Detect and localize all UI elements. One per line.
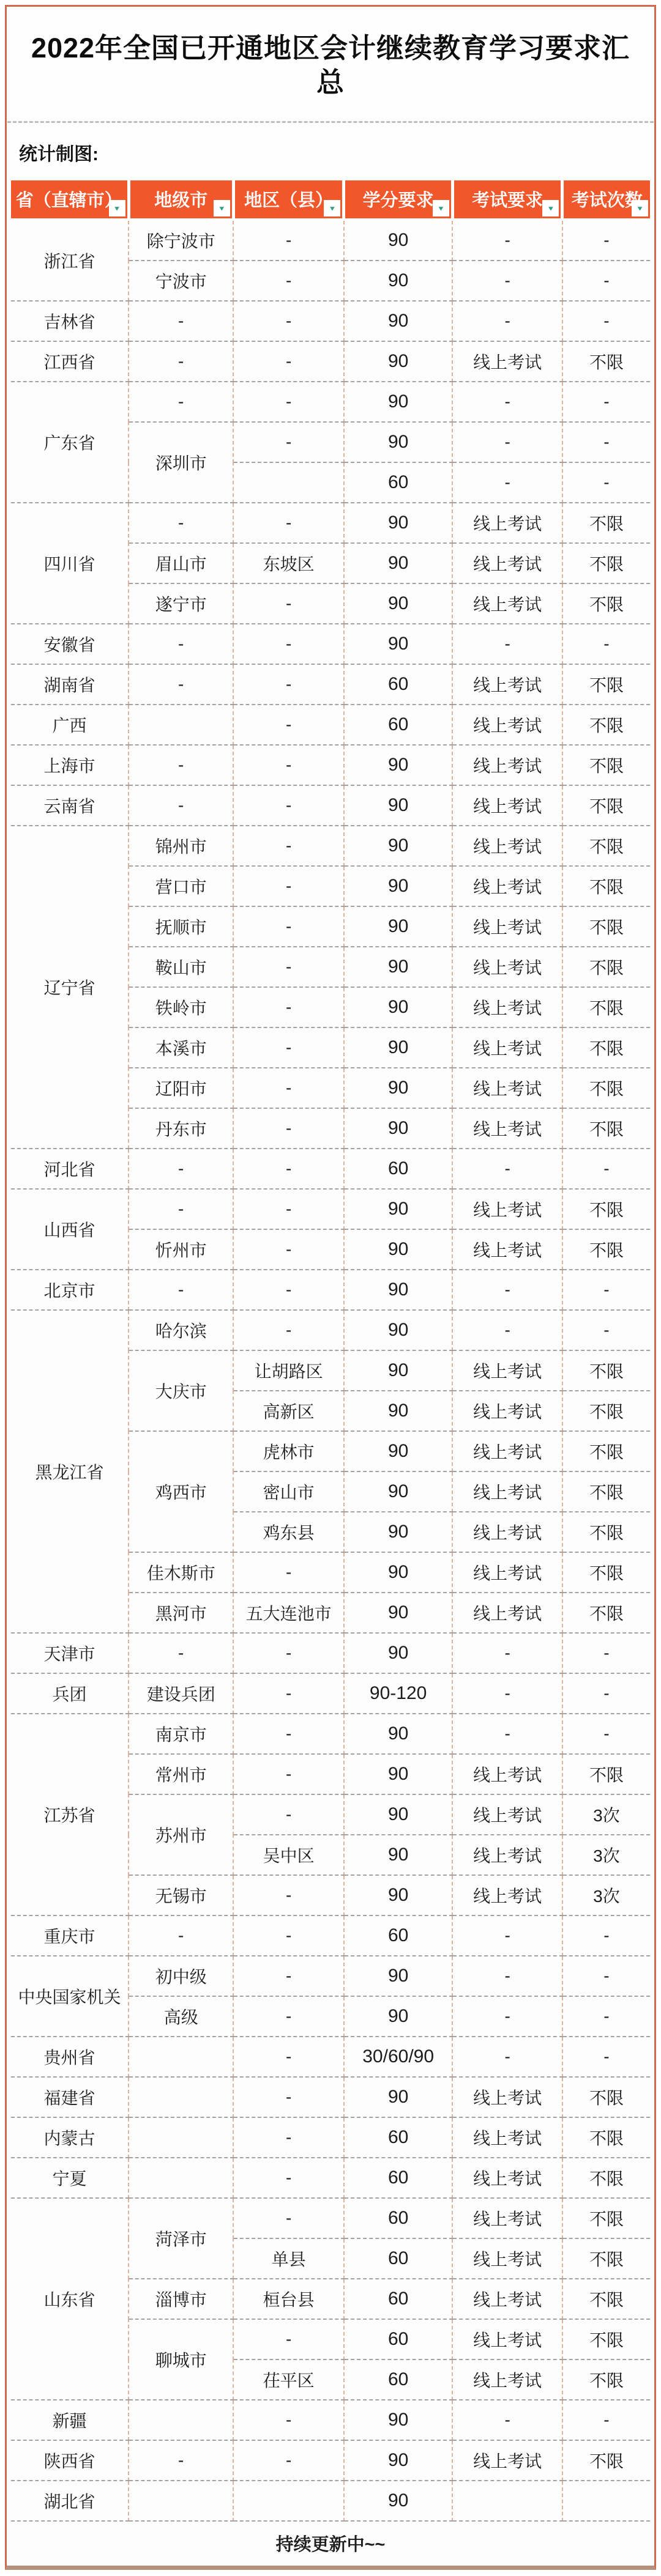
cell-credits: 90 (344, 1875, 452, 1915)
table-row: 浙江省除宁波市-90-- (11, 220, 650, 261)
cell-exam_count: - (562, 1633, 650, 1673)
cell-credits: 60 (344, 2117, 452, 2158)
cell-district: - (233, 664, 344, 705)
cell-province: 新疆 (11, 2400, 129, 2440)
table-row: 广东省--90-- (11, 382, 650, 422)
cell-exam_count: - (562, 1149, 650, 1189)
cell-credits: 90 (344, 2440, 452, 2481)
cell-credits: 90 (344, 2077, 452, 2117)
table-row: 云南省--90线上考试不限 (11, 785, 650, 826)
chevron-down-icon: ▼ (437, 204, 445, 211)
cell-exam_requirement: 线上考试 (452, 1754, 562, 1794)
table-row: 黑龙江省哈尔滨-90-- (11, 1310, 650, 1350)
cell-district: - (233, 705, 344, 745)
cell-district: - (233, 261, 344, 301)
cell-exam_requirement: 线上考试 (452, 947, 562, 987)
cell-city: - (129, 1633, 233, 1673)
cell-exam_requirement: 线上考试 (452, 1027, 562, 1068)
cell-province: 江西省 (11, 341, 129, 382)
column-header-exam_count[interactable]: 考试次数▼ (562, 180, 650, 220)
cell-province: 云南省 (11, 785, 129, 826)
column-header-province[interactable]: 省（直辖市）▼ (11, 180, 129, 220)
table-row: 宁夏-60线上考试不限 (11, 2158, 650, 2198)
cell-district: - (233, 2037, 344, 2077)
cell-exam_requirement: 线上考试 (452, 664, 562, 705)
cell-city: 建设兵团 (129, 1673, 233, 1714)
cell-exam_count: 不限 (562, 1552, 650, 1593)
cell-exam_count: 不限 (562, 1108, 650, 1149)
cell-province: 山东省 (11, 2198, 129, 2400)
cell-city: - (129, 301, 233, 341)
cell-district: - (233, 866, 344, 906)
cell-district: 东坡区 (233, 543, 344, 583)
column-header-exam_requirement[interactable]: 考试要求▼ (452, 180, 562, 220)
page-title: 2022年全国已开通地区会计继续教育学习要求汇总 (7, 7, 654, 121)
cell-city: 常州市 (129, 1754, 233, 1794)
cell-city: 辽阳市 (129, 1068, 233, 1108)
cell-exam_count: 不限 (562, 906, 650, 947)
cell-exam_requirement: - (452, 422, 562, 462)
cell-exam_count: 不限 (562, 1754, 650, 1794)
cell-exam_count: 3次 (562, 1875, 650, 1915)
table-row: 吉林省--90-- (11, 301, 650, 341)
cell-exam_count: 不限 (562, 826, 650, 866)
cell-exam_requirement: 线上考试 (452, 1593, 562, 1633)
cell-district: - (233, 947, 344, 987)
cell-exam_requirement: 线上考试 (452, 866, 562, 906)
cell-exam_count: 不限 (562, 1229, 650, 1270)
cell-province: 湖北省 (11, 2481, 129, 2521)
cell-city: - (129, 1915, 233, 1956)
cell-exam_requirement: 线上考试 (452, 2279, 562, 2319)
cell-exam_requirement: 线上考试 (452, 543, 562, 583)
cell-exam_count: 不限 (562, 2077, 650, 2117)
cell-exam_count: 不限 (562, 705, 650, 745)
cell-credits: 90 (344, 1996, 452, 2037)
cell-exam_requirement: 线上考试 (452, 1835, 562, 1875)
cell-exam_requirement (452, 2481, 562, 2521)
byline-label: 统计制图: (19, 139, 654, 166)
cell-credits: 60 (344, 2238, 452, 2279)
cell-city: - (129, 341, 233, 382)
cell-district: - (233, 906, 344, 947)
cell-exam_requirement: - (452, 1996, 562, 2037)
cell-exam_count: 不限 (562, 987, 650, 1027)
cell-district: - (233, 583, 344, 624)
cell-city: 营口市 (129, 866, 233, 906)
cell-exam_requirement: 线上考试 (452, 1794, 562, 1835)
cell-exam_requirement: - (452, 2400, 562, 2440)
cell-exam_count: - (562, 624, 650, 664)
cell-credits: 90 (344, 1512, 452, 1552)
cell-city (129, 2077, 233, 2117)
cell-province: 贵州省 (11, 2037, 129, 2077)
cell-province: 山西省 (11, 1189, 129, 1270)
cell-city: 本溪市 (129, 1027, 233, 1068)
cell-exam_count: 不限 (562, 341, 650, 382)
cell-city: 铁岭市 (129, 987, 233, 1027)
footer-note: 持续更新中~~ (11, 2521, 650, 2566)
cell-exam_requirement: 线上考试 (452, 1875, 562, 1915)
cell-city: - (129, 2440, 233, 2481)
cell-exam_requirement: - (452, 220, 562, 261)
table-row: 新疆-90-- (11, 2400, 650, 2440)
cell-province: 辽宁省 (11, 826, 129, 1149)
cell-exam_requirement: 线上考试 (452, 583, 562, 624)
cell-city: 高级 (129, 1996, 233, 2037)
cell-city: - (129, 382, 233, 422)
cell-city: 黑河市 (129, 1593, 233, 1633)
table-row: 陕西省--90线上考试不限 (11, 2440, 650, 2481)
cell-city: 苏州市 (129, 1794, 233, 1875)
cell-city: - (129, 1270, 233, 1310)
cell-province: 中央国家机关 (11, 1956, 129, 2037)
cell-district (233, 2481, 344, 2521)
cell-district: - (233, 301, 344, 341)
table-row: 河北省--60-- (11, 1149, 650, 1189)
cell-province: 湖南省 (11, 664, 129, 705)
cell-exam_requirement: 线上考试 (452, 2440, 562, 2481)
column-header-credits[interactable]: 学分要求▼ (344, 180, 452, 220)
cell-district: - (233, 785, 344, 826)
cell-exam_count: 不限 (562, 1431, 650, 1471)
cell-exam_count: - (562, 2037, 650, 2077)
cell-exam_count: - (562, 1996, 650, 2037)
cell-district: - (233, 826, 344, 866)
cell-credits: 60 (344, 664, 452, 705)
cell-credits: 90 (344, 1310, 452, 1350)
cell-exam_requirement: - (452, 2037, 562, 2077)
cell-province: 安徽省 (11, 624, 129, 664)
column-header-label: 学分要求 (363, 191, 434, 210)
cell-city (129, 705, 233, 745)
cell-district: - (233, 624, 344, 664)
cell-credits: 60 (344, 2359, 452, 2400)
cell-province: 浙江省 (11, 220, 129, 301)
cell-exam_count: 不限 (562, 2117, 650, 2158)
cell-credits: 90 (344, 745, 452, 785)
cell-province: 江苏省 (11, 1714, 129, 1915)
column-header-label: 省（直辖市） (16, 191, 122, 210)
cell-exam_count: - (562, 1673, 650, 1714)
cell-city: 无锡市 (129, 1875, 233, 1915)
cell-district: - (233, 1027, 344, 1068)
cell-exam_count: - (562, 1714, 650, 1754)
table-row: 北京市--90-- (11, 1270, 650, 1310)
cell-city: - (129, 624, 233, 664)
cell-exam_count: 不限 (562, 1512, 650, 1552)
cell-district: - (233, 2400, 344, 2440)
cell-exam_count: 3次 (562, 1835, 650, 1875)
cell-district: 单县 (233, 2238, 344, 2279)
cell-city (129, 2037, 233, 2077)
cell-exam_requirement: 线上考试 (452, 2319, 562, 2359)
cell-exam_count: - (562, 1915, 650, 1956)
cell-exam_count: 不限 (562, 2359, 650, 2400)
cell-credits: 90 (344, 947, 452, 987)
table-row: 天津市--90-- (11, 1633, 650, 1673)
cell-credits: 90 (344, 1633, 452, 1673)
cell-exam_count: 不限 (562, 1350, 650, 1391)
cell-province: 广东省 (11, 382, 129, 503)
cell-credits: 90 (344, 1391, 452, 1431)
cell-district: 五大连池市 (233, 1593, 344, 1633)
cell-exam_requirement: 线上考试 (452, 1229, 562, 1270)
cell-credits: 90 (344, 987, 452, 1027)
table-row: 四川省--90线上考试不限 (11, 503, 650, 543)
cell-credits: 90 (344, 1956, 452, 1996)
cell-exam_count (562, 2481, 650, 2521)
cell-exam_count: 不限 (562, 664, 650, 705)
cell-district: - (233, 220, 344, 261)
cell-credits: 90-120 (344, 1673, 452, 1714)
cell-credits: 90 (344, 1270, 452, 1310)
cell-city (129, 2158, 233, 2198)
cell-exam_count: 不限 (562, 2238, 650, 2279)
cell-exam_count: - (562, 1956, 650, 1996)
cell-exam_count: 不限 (562, 1391, 650, 1431)
cell-city: 南京市 (129, 1714, 233, 1754)
cell-credits: 90 (344, 1794, 452, 1835)
requirements-table: 省（直辖市）▼地级市▼地区（县）▼学分要求▼考试要求▼考试次数▼ 浙江省除宁波市… (11, 180, 650, 2566)
cell-credits: 90 (344, 624, 452, 664)
cell-exam_count: 不限 (562, 1593, 650, 1633)
cell-exam_count: 不限 (562, 866, 650, 906)
column-header-city[interactable]: 地级市▼ (129, 180, 233, 220)
cell-province: 黑龙江省 (11, 1310, 129, 1633)
cell-exam_count: 3次 (562, 1794, 650, 1835)
cell-city: 哈尔滨 (129, 1310, 233, 1350)
cell-exam_requirement: 线上考试 (452, 2117, 562, 2158)
header-row: 省（直辖市）▼地级市▼地区（县）▼学分要求▼考试要求▼考试次数▼ (11, 180, 650, 220)
cell-district: - (233, 1149, 344, 1189)
cell-district: 桓台县 (233, 2279, 344, 2319)
cell-province: 广西 (11, 705, 129, 745)
cell-credits: 90 (344, 1714, 452, 1754)
cell-exam_count: 不限 (562, 947, 650, 987)
cell-province: 吉林省 (11, 301, 129, 341)
cell-exam_requirement: 线上考试 (452, 2158, 562, 2198)
cell-province: 上海市 (11, 745, 129, 785)
cell-exam_count: 不限 (562, 2319, 650, 2359)
cell-credits: 30/60/90 (344, 2037, 452, 2077)
cell-city: 佳木斯市 (129, 1552, 233, 1593)
cell-city: - (129, 664, 233, 705)
table-row: 重庆市--60-- (11, 1915, 650, 1956)
cell-exam_count: - (562, 261, 650, 301)
cell-exam_requirement: 线上考试 (452, 785, 562, 826)
chevron-down-icon: ▼ (113, 204, 121, 211)
cell-exam_requirement: - (452, 462, 562, 503)
filter-dropdown-icon[interactable]: ▼ (632, 200, 648, 217)
column-header-label: 地区（县） (244, 191, 333, 210)
cell-exam_count: 不限 (562, 785, 650, 826)
cell-credits: 90 (344, 1552, 452, 1593)
cell-province: 兵团 (11, 1673, 129, 1714)
cell-district: - (233, 1714, 344, 1754)
table-row: 江西省--90线上考试不限 (11, 341, 650, 382)
cell-district: - (233, 422, 344, 462)
filter-dropdown-icon[interactable]: ▼ (109, 200, 125, 217)
cell-exam_count: 不限 (562, 503, 650, 543)
cell-credits: 90 (344, 1229, 452, 1270)
cell-city (129, 2117, 233, 2158)
cell-province: 北京市 (11, 1270, 129, 1310)
cell-exam_requirement: 线上考试 (452, 2359, 562, 2400)
cell-exam_requirement: 线上考试 (452, 1431, 562, 1471)
chevron-down-icon: ▼ (328, 204, 336, 211)
cell-credits: 90 (344, 422, 452, 462)
table-row: 上海市--90线上考试不限 (11, 745, 650, 785)
cell-district: 让胡路区 (233, 1350, 344, 1391)
cell-credits: 60 (344, 2319, 452, 2359)
cell-exam_requirement: - (452, 1915, 562, 1956)
cell-exam_requirement: - (452, 1956, 562, 1996)
cell-district: - (233, 1794, 344, 1835)
cell-district: - (233, 2158, 344, 2198)
cell-district: - (233, 1956, 344, 1996)
cell-district: 高新区 (233, 1391, 344, 1431)
table-row: 贵州省-30/60/90-- (11, 2037, 650, 2077)
cell-exam_requirement: - (452, 1714, 562, 1754)
cell-exam_requirement: 线上考试 (452, 2077, 562, 2117)
cell-credits: 90 (344, 2481, 452, 2521)
chevron-down-icon: ▼ (636, 204, 644, 211)
cell-district: - (233, 1552, 344, 1593)
cell-district: - (233, 1996, 344, 2037)
cell-city: 聊城市 (129, 2319, 233, 2400)
cell-city (129, 2481, 233, 2521)
cell-city: - (129, 1189, 233, 1229)
cell-credits: 90 (344, 220, 452, 261)
cell-credits: 60 (344, 2198, 452, 2238)
cell-province: 陕西省 (11, 2440, 129, 2481)
chevron-down-icon: ▼ (547, 204, 555, 211)
cell-exam_requirement: 线上考试 (452, 705, 562, 745)
cell-credits: 60 (344, 2279, 452, 2319)
chevron-down-icon: ▼ (218, 204, 226, 211)
cell-exam_requirement: 线上考试 (452, 906, 562, 947)
cell-province: 天津市 (11, 1633, 129, 1673)
cell-credits: 90 (344, 1350, 452, 1391)
cell-credits: 90 (344, 382, 452, 422)
cell-exam_requirement: 线上考试 (452, 1108, 562, 1149)
cell-province: 宁夏 (11, 2158, 129, 2198)
cell-city: 菏泽市 (129, 2198, 233, 2279)
cell-exam_requirement: 线上考试 (452, 1350, 562, 1391)
cell-district: - (233, 2117, 344, 2158)
cell-city: - (129, 745, 233, 785)
filter-dropdown-icon[interactable]: ▼ (214, 200, 230, 217)
cell-exam_requirement: 线上考试 (452, 1552, 562, 1593)
cell-exam_requirement: - (452, 624, 562, 664)
cell-district: - (233, 2319, 344, 2359)
cell-exam_count: 不限 (562, 745, 650, 785)
cell-district: - (233, 1310, 344, 1350)
table-row: 辽宁省锦州市-90线上考试不限 (11, 826, 650, 866)
cell-exam_requirement: 线上考试 (452, 745, 562, 785)
cell-city: 宁波市 (129, 261, 233, 301)
cell-district: - (233, 2440, 344, 2481)
cell-exam_requirement: - (452, 1149, 562, 1189)
cell-credits: 90 (344, 1754, 452, 1794)
cell-credits: 90 (344, 503, 452, 543)
column-header-label: 考试要求 (472, 191, 543, 210)
table-body: 浙江省除宁波市-90--宁波市-90--吉林省--90--江西省--90线上考试… (11, 220, 650, 2566)
cell-district: - (233, 2198, 344, 2238)
column-header-district[interactable]: 地区（县）▼ (233, 180, 344, 220)
cell-exam_count: - (562, 462, 650, 503)
cell-credits: 90 (344, 826, 452, 866)
cell-exam_count: - (562, 2400, 650, 2440)
cell-credits: 90 (344, 1835, 452, 1875)
cell-exam_count: - (562, 1270, 650, 1310)
cell-district: - (233, 1108, 344, 1149)
cell-exam_count: 不限 (562, 1471, 650, 1512)
page-frame: 2022年全国已开通地区会计继续教育学习要求汇总 统计制图: 省（直辖市）▼地级… (5, 5, 656, 2570)
filter-dropdown-icon[interactable]: ▼ (542, 200, 559, 217)
cell-city: - (129, 1149, 233, 1189)
cell-credits: 90 (344, 1108, 452, 1149)
table-row: 广西-60线上考试不限 (11, 705, 650, 745)
table-row: 湖南省--60线上考试不限 (11, 664, 650, 705)
cell-exam_count: 不限 (562, 2158, 650, 2198)
cell-city: 大庆市 (129, 1350, 233, 1431)
cell-district: - (233, 1270, 344, 1310)
cell-district (233, 462, 344, 503)
cell-district: - (233, 1189, 344, 1229)
cell-exam_requirement: - (452, 1310, 562, 1350)
table-row: 中央国家机关初中级-90-- (11, 1956, 650, 1996)
cell-district: - (233, 341, 344, 382)
cell-exam_requirement: - (452, 261, 562, 301)
cell-exam_requirement: 线上考试 (452, 1512, 562, 1552)
cell-city: 初中级 (129, 1956, 233, 1996)
cell-district: 茌平区 (233, 2359, 344, 2400)
cell-credits: 90 (344, 1593, 452, 1633)
cell-credits: 90 (344, 543, 452, 583)
cell-credits: 60 (344, 705, 452, 745)
cell-exam_requirement: 线上考试 (452, 826, 562, 866)
cell-exam_requirement: 线上考试 (452, 987, 562, 1027)
cell-province: 内蒙古 (11, 2117, 129, 2158)
cell-district: 密山市 (233, 1471, 344, 1512)
cell-exam_count: 不限 (562, 543, 650, 583)
cell-district: - (233, 503, 344, 543)
cell-district: - (233, 2077, 344, 2117)
table-footer-row: 持续更新中~~ (11, 2521, 650, 2566)
cell-exam_requirement: 线上考试 (452, 1391, 562, 1431)
cell-exam_requirement: 线上考试 (452, 2198, 562, 2238)
filter-dropdown-icon[interactable]: ▼ (324, 200, 340, 217)
cell-city: - (129, 503, 233, 543)
cell-city: 锦州市 (129, 826, 233, 866)
cell-exam_requirement: 线上考试 (452, 503, 562, 543)
cell-city: 遂宁市 (129, 583, 233, 624)
cell-exam_count: - (562, 1310, 650, 1350)
cell-credits: 60 (344, 2158, 452, 2198)
column-header-label: 地级市 (154, 191, 207, 210)
cell-city (129, 2400, 233, 2440)
filter-dropdown-icon[interactable]: ▼ (433, 200, 449, 217)
cell-credits: 90 (344, 301, 452, 341)
cell-credits: 60 (344, 1915, 452, 1956)
cell-district: - (233, 1229, 344, 1270)
cell-exam_count: 不限 (562, 2440, 650, 2481)
cell-exam_count: - (562, 301, 650, 341)
cell-province: 河北省 (11, 1149, 129, 1189)
cell-credits: 90 (344, 1431, 452, 1471)
